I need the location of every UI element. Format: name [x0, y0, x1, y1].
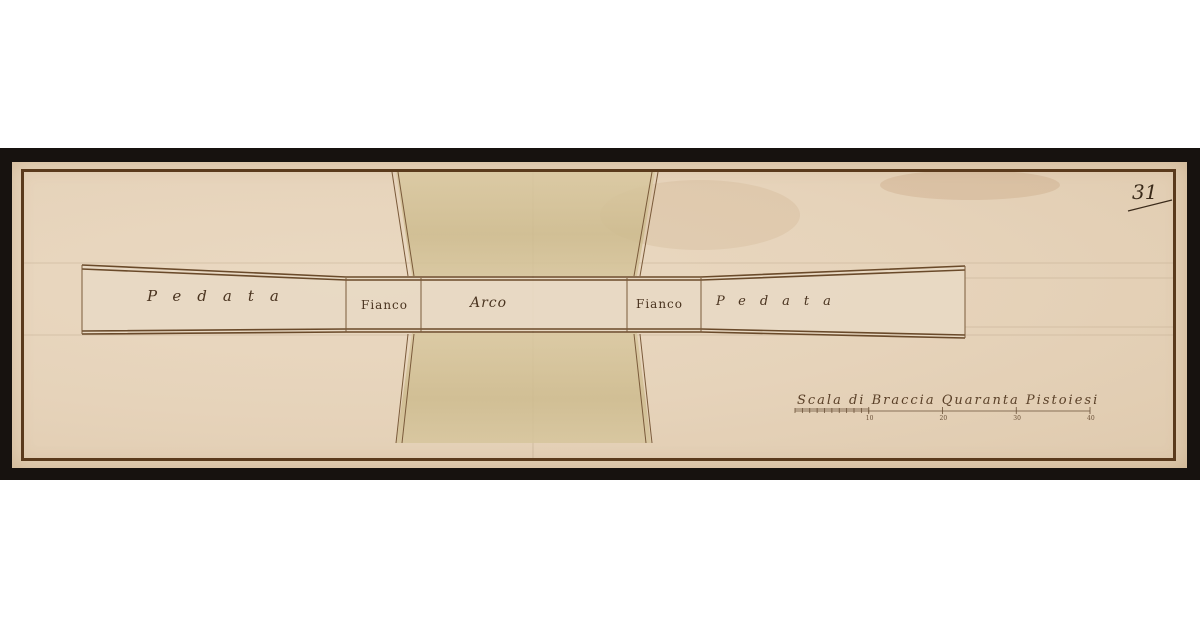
label-left-fianco: Fianco: [361, 298, 408, 312]
river-upstream: [396, 172, 655, 276]
scale-tick-label: 20: [940, 415, 948, 422]
scale-title: Scala di Braccia Quaranta Pistoiesi: [797, 393, 1099, 408]
label-left-pedata: Pedata: [147, 287, 295, 305]
sheet-number: 31: [1132, 180, 1157, 204]
river-downstream: [396, 333, 651, 443]
scale-tick-label: 40: [1087, 415, 1095, 422]
bridge-plan-drawing: [0, 0, 1200, 628]
label-right-fianco: Fianco: [636, 297, 683, 311]
label-arco: Arco: [470, 295, 507, 311]
label-right-pedata: Pedata: [716, 294, 845, 309]
scale-tick-label: 10: [866, 415, 874, 422]
scale-bar: [795, 407, 1090, 414]
scale-tick-label: 30: [1013, 415, 1021, 422]
